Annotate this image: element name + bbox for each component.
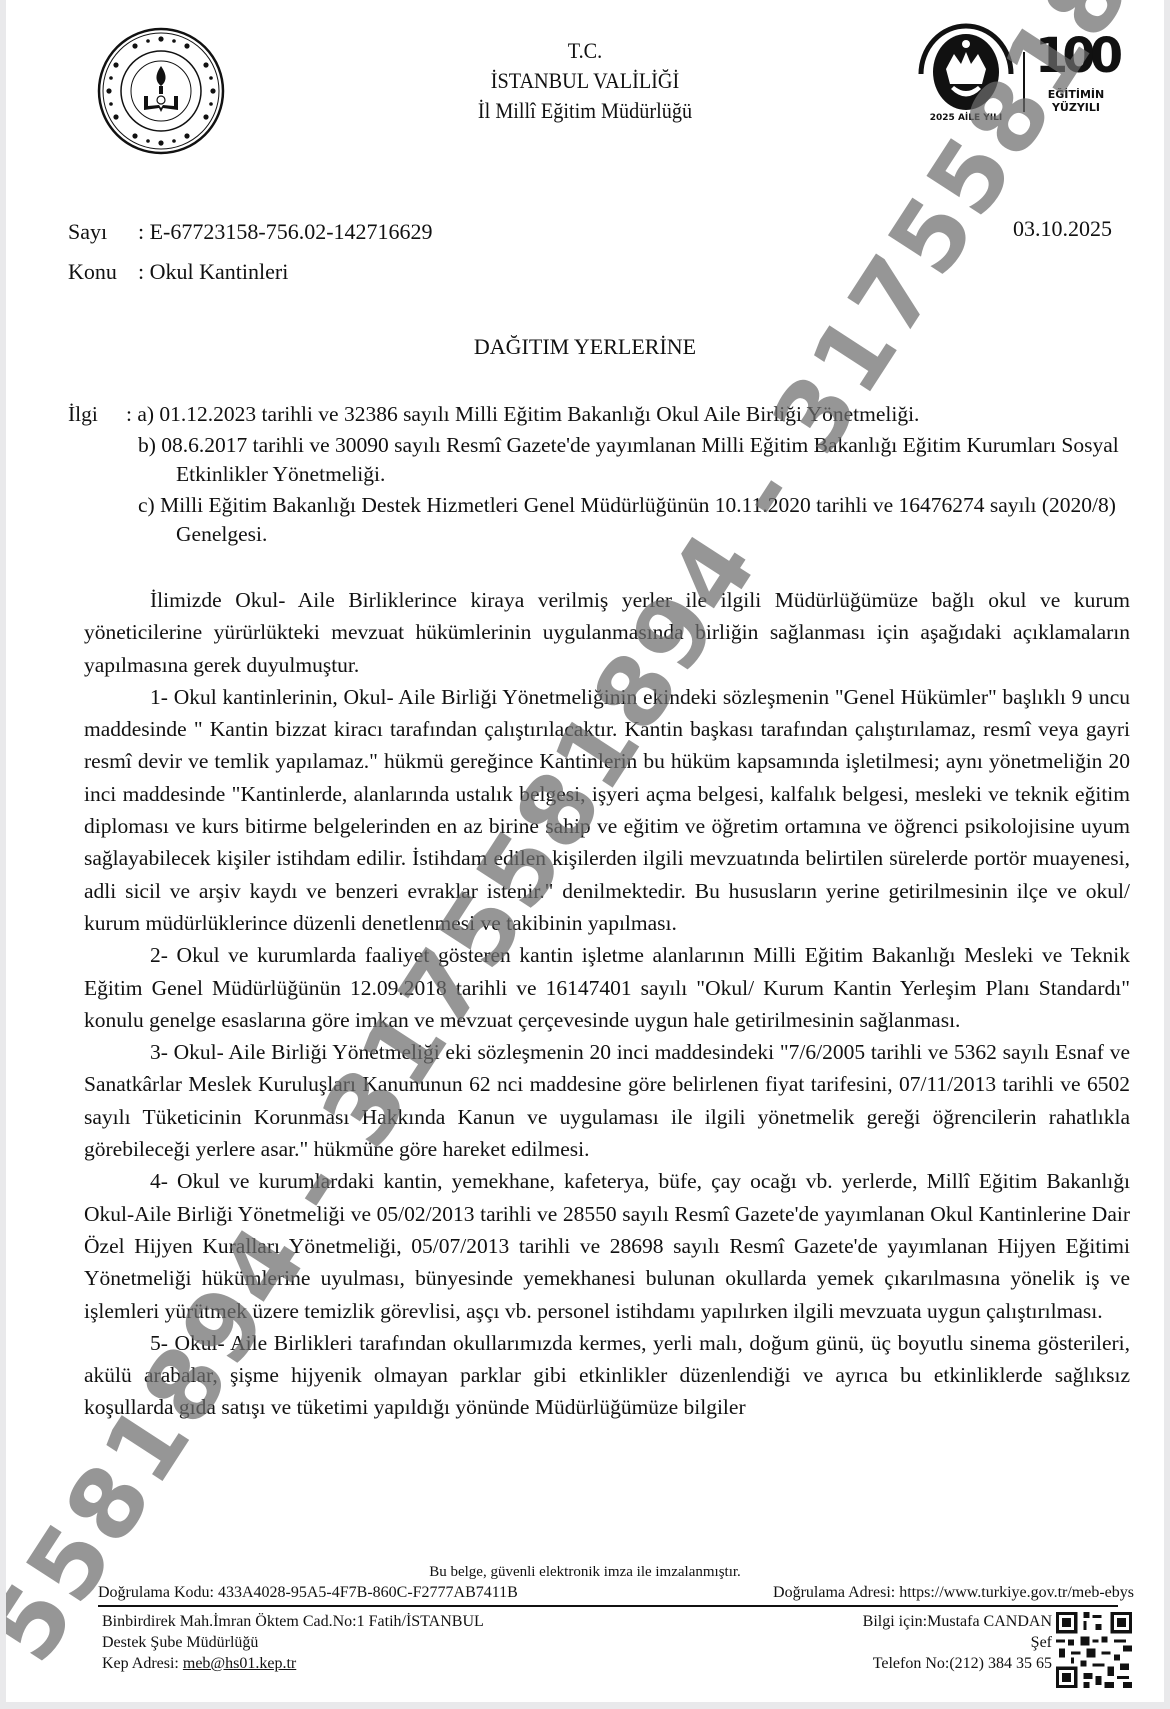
body-paragraph: 2- Okul ve kurumlarda faaliyet gösteren … [84, 939, 1130, 1036]
contact-person: Bilgi için:Mustafa CANDAN [863, 1611, 1052, 1632]
konu-label: Konu [68, 259, 138, 285]
centennial-number: 100 [1035, 28, 1122, 84]
address-block: Binbirdirek Mah.İmran Öktem Cad.No:1 Fat… [102, 1611, 484, 1674]
kep-line: Kep Adresi: meb@hs01.kep.tr [102, 1653, 484, 1674]
qr-code-icon [1056, 1612, 1132, 1688]
sayi-value: : E-67723158-756.02-142716629 [138, 219, 433, 244]
reference-item: c) Milli Eğitim Bakanlığı Destek Hizmetl… [138, 491, 1128, 549]
contact-block: Bilgi için:Mustafa CANDAN Şef Telefon No… [863, 1611, 1052, 1674]
reference-item: : a) 01.12.2023 tarihli ve 32386 sayılı … [138, 400, 1128, 429]
e-signature-note: Bu belge, güvenli elektronik imza ile im… [6, 1564, 1164, 1581]
contact-title: Şef [863, 1632, 1052, 1653]
contact-phone: Telefon No:(212) 384 35 65 [863, 1653, 1052, 1674]
centennial-text-1: EĞİTİMİN [1048, 87, 1104, 101]
document-page: T.C. İSTANBUL VALİLİĞİ İl Millî Eğitim M… [6, 0, 1164, 1702]
letter-body: İlimizde Okul- Aile Birliklerince kiraya… [84, 584, 1130, 1424]
body-paragraph: 3- Okul- Aile Birliği Yönetmeliği eki sö… [84, 1036, 1130, 1165]
reference-item: b) 08.6.2017 tarihli ve 30090 sayılı Res… [138, 431, 1128, 489]
verification-row: Doğrulama Kodu: 433A4028-95A5-4F7B-860C-… [98, 1584, 1134, 1602]
body-paragraph: 1- Okul kantinlerinin, Okul- Aile Birliğ… [84, 681, 1130, 939]
ilgi-label: İlgi [68, 400, 98, 429]
aile-yili-caption: 2025 AİLE YILI [930, 112, 1002, 123]
kep-label: Kep Adresi: [102, 1655, 183, 1672]
konu-row: Konu: Okul Kantinleri [68, 259, 288, 285]
sayi-label: Sayı [68, 219, 138, 245]
department-line: Destek Şube Müdürlüğü [102, 1632, 484, 1653]
kep-address-link[interactable]: meb@hs01.kep.tr [183, 1655, 296, 1672]
verification-address[interactable]: Doğrulama Adresi: https://www.turkiye.go… [773, 1584, 1134, 1602]
body-paragraph: 4- Okul ve kurumlardaki kantin, yemekhan… [84, 1165, 1130, 1326]
konu-value: : Okul Kantinleri [138, 259, 288, 284]
aile-yili-2025-icon: 2025 AİLE YILI 100 EĞİTİMİN YÜZYILI [906, 14, 1136, 124]
sayi-row: Sayı: E-67723158-756.02-142716629 [68, 219, 433, 245]
address-line: Binbirdirek Mah.İmran Öktem Cad.No:1 Fat… [102, 1611, 484, 1632]
footer-divider [98, 1605, 1118, 1607]
body-paragraph: İlimizde Okul- Aile Birliklerince kiraya… [84, 584, 1130, 681]
document-date: 03.10.2025 [1013, 216, 1112, 242]
body-paragraph: 5- Okul- Aile Birlikleri tarafından okul… [84, 1327, 1130, 1424]
verification-code: Doğrulama Kodu: 433A4028-95A5-4F7B-860C-… [98, 1584, 518, 1602]
centennial-text-2: YÜZYILI [1051, 100, 1100, 114]
distribution-heading: DAĞITIM YERLERİNE [6, 334, 1164, 360]
